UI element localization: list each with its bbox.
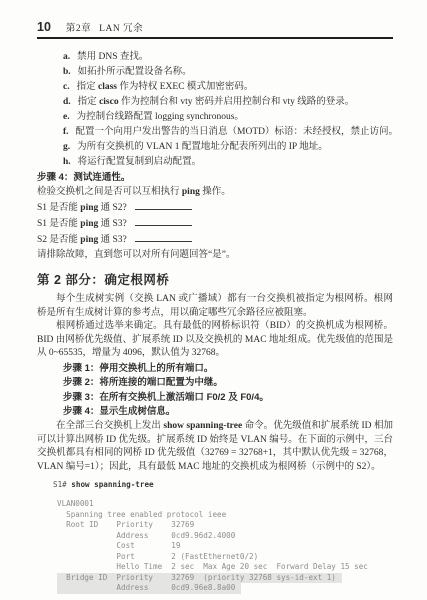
console-prompt: S1# <box>53 480 71 489</box>
page-header: 10 第2章 LAN 冗余 <box>37 20 393 39</box>
paragraph-text: 在全部三台交换机上发出 <box>56 421 163 431</box>
console-line-wrap: Bridge ID Priority 32769 (priority 32768… <box>57 573 393 584</box>
step-body: 检验交换机之间是否可以互相执行 ping 操作。 <box>37 185 393 200</box>
question-keyword: ping <box>80 219 98 229</box>
console-line: Hello Time 2 sec Max Age 20 sec Forward … <box>57 562 393 573</box>
command-keyword: show spanning-tree <box>163 421 242 431</box>
step-item: 步骤 1：停用交换机上的所有端口。 <box>63 362 393 377</box>
step-body-keyword: ping <box>182 187 200 197</box>
console-line: Spanning tree enabled protocol ieee <box>57 510 393 521</box>
answer-blank <box>135 200 192 210</box>
question-text: S2 是否能 <box>37 235 80 245</box>
answer-blank <box>135 216 192 226</box>
task-marker: f. <box>63 127 69 137</box>
console-line: Port 2 (FastEthernet0/2) <box>57 552 393 563</box>
ping-question: S1 是否能 ping 通 S3? <box>37 216 393 232</box>
question-text: S1 是否能 <box>37 219 80 229</box>
task-item: e.为控制台线路配置 logging synchronous。 <box>63 110 393 125</box>
task-item: a.禁用 DNS 查找。 <box>63 50 393 65</box>
task-text: 为所有交换机的 VLAN 1 配置地址分配表所列出的 IP 地址。 <box>77 142 328 152</box>
step-item: 步骤 3：在所有交换机上激活端口 F0/2 及 F0/4。 <box>63 391 393 406</box>
ping-question: S2 是否能 ping 通 S3? <box>37 232 393 248</box>
console-command: show spanning-tree <box>71 480 153 489</box>
task-item: c.指定 class 作为特权 EXEC 模式加密密码。 <box>63 80 393 95</box>
task-item: h.将运行配置复制到启动配置。 <box>63 155 393 170</box>
task-item: g.为所有交换机的 VLAN 1 配置地址分配表所列出的 IP 地址。 <box>63 140 393 155</box>
task-marker: g. <box>63 142 70 152</box>
console-line: Root ID Priority 32769 <box>57 520 393 531</box>
task-marker: b. <box>63 67 71 77</box>
task-text: 禁用 DNS 查找。 <box>77 52 148 62</box>
step-body-text: 操作。 <box>200 187 231 197</box>
ping-question: S1 是否能 ping 通 S2? <box>37 200 393 216</box>
task-marker: c. <box>63 82 70 92</box>
console-line: Address 0cd9.96d2.4000 <box>57 531 393 542</box>
task-item: b.如拓扑所示配置设备名称。 <box>63 65 393 80</box>
console-line-highlighted: Address 0cd9.96e8.8a00 <box>57 583 241 594</box>
chapter-title: LAN 冗余 <box>99 20 143 34</box>
console-line-highlighted: Bridge ID Priority 32769 (priority 32768… <box>57 573 342 584</box>
task-text: 为控制台线路配置 logging synchronous。 <box>77 112 244 122</box>
page-number: 10 <box>37 20 51 34</box>
question-keyword: ping <box>80 203 98 213</box>
paragraph: 根网桥通过选举来确定。具有最低的网桥标识符（BID）的交换机成为根网桥。BID … <box>37 320 393 361</box>
task-text: 作为控制台和 vty 密码并启用控制台和 vty 线路的登录。 <box>119 97 355 107</box>
step-list: 步骤 1：停用交换机上的所有端口。 步骤 2：将所连接的端口配置为中继。 步骤 … <box>63 362 393 420</box>
paragraph: 在全部三台交换机上发出 show spanning-tree 命令。优先级值和扩… <box>37 420 393 474</box>
task-text: 将运行配置复制到启动配置。 <box>78 157 202 167</box>
task-marker: a. <box>63 52 70 62</box>
document-page: 10 第2章 LAN 冗余 a.禁用 DNS 查找。 b.如拓扑所示配置设备名称… <box>0 0 427 600</box>
task-text: 指定 <box>78 97 99 107</box>
ping-questions: S1 是否能 ping 通 S2? S1 是否能 ping 通 S3? S2 是… <box>37 200 393 248</box>
question-text: 通 S3? <box>98 235 127 245</box>
task-text: 作为特权 EXEC 模式加密密码。 <box>117 82 253 92</box>
step-body-text: 检验交换机之间是否可以互相执行 <box>37 187 182 197</box>
running-head: 第2章 LAN 冗余 <box>66 20 143 34</box>
task-keyword: class <box>98 82 117 92</box>
section-heading: 第 2 部分：确定根网桥 <box>37 270 393 288</box>
step-item: 步骤 2：将所连接的端口配置为中继。 <box>63 376 393 391</box>
question-keyword: ping <box>80 235 98 245</box>
answer-blank <box>135 232 192 242</box>
task-marker: d. <box>63 97 71 107</box>
question-text: S1 是否能 <box>37 203 80 213</box>
step-item: 步骤 4：显示生成树信息。 <box>63 405 393 420</box>
console-line: VLAN0001 <box>57 499 393 510</box>
task-text: 指定 <box>77 82 98 92</box>
troubleshoot-note: 请排除故障，直到您可以对所有问题回答“是”。 <box>37 248 393 263</box>
chapter-label: 第2章 <box>66 20 91 34</box>
task-text: 如拓扑所示配置设备名称。 <box>78 67 192 77</box>
console-line-wrap: Address 0cd9.96e8.8a00 <box>57 583 393 594</box>
task-keyword: cisco <box>99 97 119 107</box>
console-output: VLAN0001 Spanning tree enabled protocol … <box>57 499 393 594</box>
task-text: 配置一个向用户发出警告的当日消息（MOTD）标语：未经授权，禁止访问。 <box>76 127 398 137</box>
task-item: f.配置一个向用户发出警告的当日消息（MOTD）标语：未经授权，禁止访问。 <box>63 125 393 140</box>
task-item: d.指定 cisco 作为控制台和 vty 密码并启用控制台和 vty 线路的登… <box>63 95 393 110</box>
console-prompt-line: S1# show spanning-tree <box>53 479 393 490</box>
question-text: 通 S2? <box>98 203 127 213</box>
task-list: a.禁用 DNS 查找。 b.如拓扑所示配置设备名称。 c.指定 class 作… <box>63 50 393 170</box>
task-marker: e. <box>63 112 70 122</box>
step-heading: 步骤 4：测试连通性。 <box>37 170 393 185</box>
task-marker: h. <box>63 157 71 167</box>
question-text: 通 S3? <box>98 219 127 229</box>
console-line: Cost 19 <box>57 541 393 552</box>
paragraph: 每个生成树实例（交换 LAN 或广播域）都有一台交换机被指定为根网桥。根网桥是所… <box>37 293 393 320</box>
